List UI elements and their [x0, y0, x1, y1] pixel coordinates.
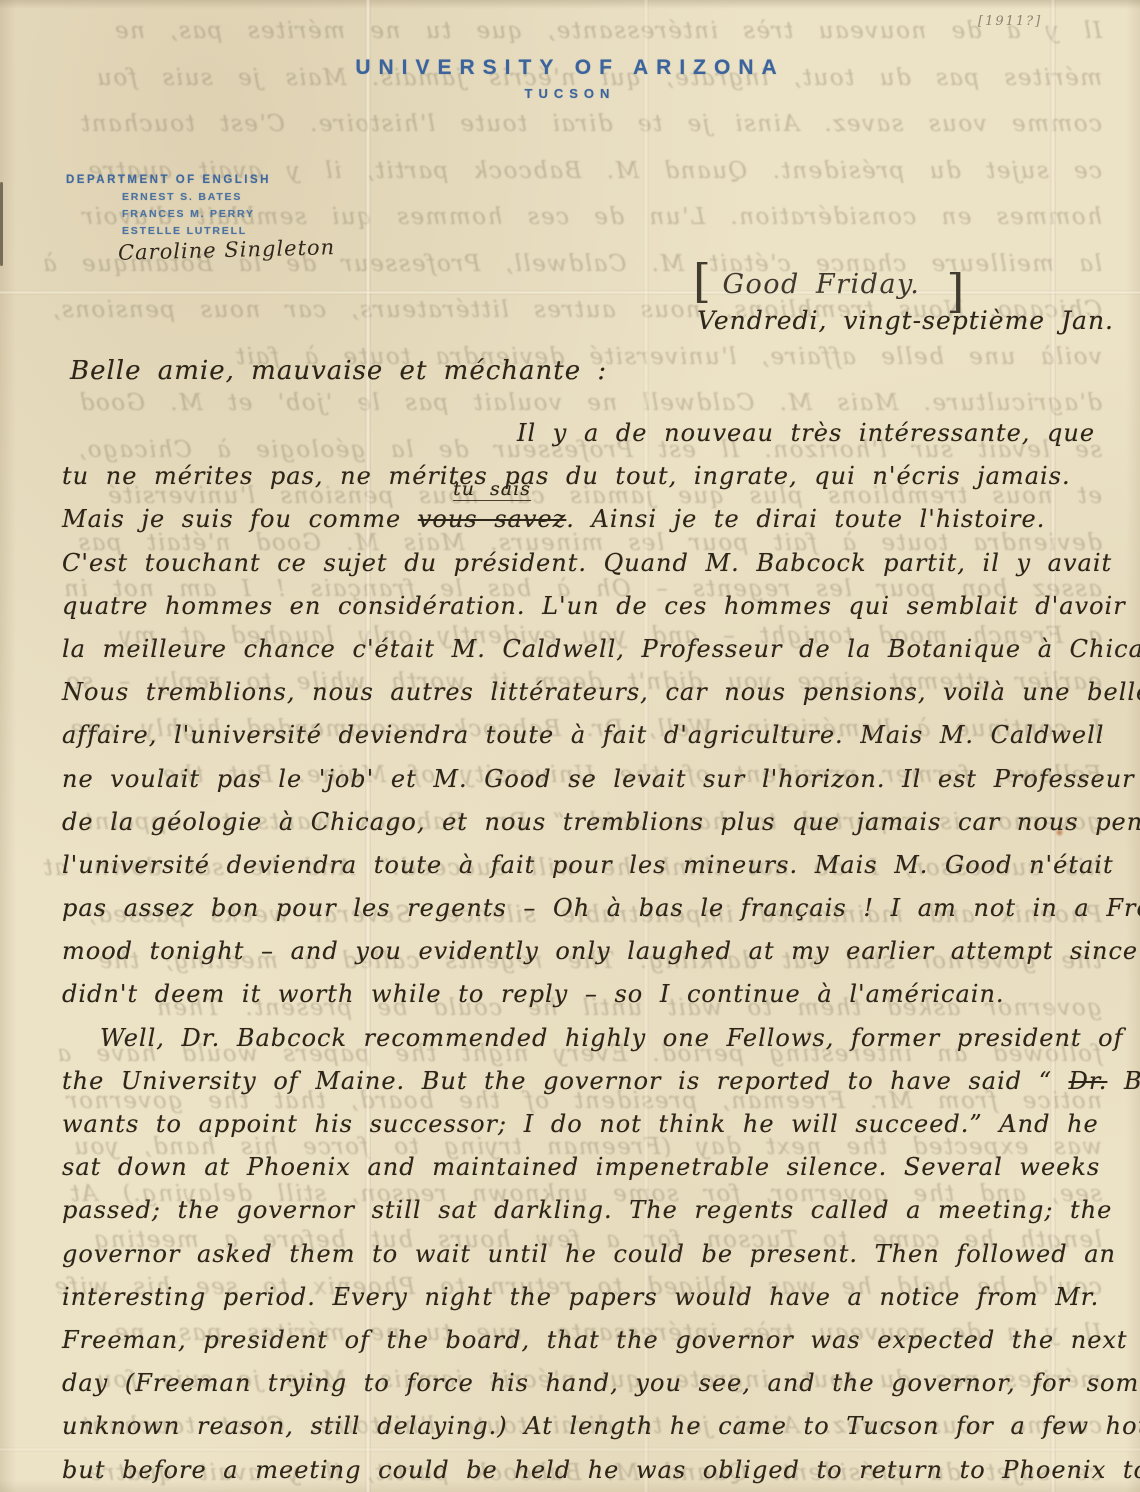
department-title: DEPARTMENT OF ENGLISH [66, 174, 335, 186]
department-staff-list: ERNEST S. BATESFRANCES M. PERRYESTELLE L… [66, 191, 335, 237]
pencil-year-annotation: [1911?] [978, 14, 1042, 29]
struck-text: vous saveztu sais [418, 505, 566, 533]
letter-line: C'est touchant ce sujet du président. Qu… [62, 542, 1140, 585]
letter-line: Mais je suis fou comme vous saveztu sais… [62, 498, 1140, 541]
letter-line: the University of Maine. But the governo… [62, 1060, 1140, 1103]
letterhead-department-block: DEPARTMENT OF ENGLISH ERNEST S. BATESFRA… [66, 174, 335, 262]
letter-line: governor asked them to wait until he cou… [62, 1233, 1140, 1276]
letter-line: interesting period. Every night the pape… [62, 1276, 1140, 1319]
letter-page: Il y a de nouveau très intéressante, que… [0, 0, 1140, 1492]
letter-line: pas assez bon pour les regents – Oh à ba… [62, 887, 1140, 930]
letter-line: la meilleure chance c'était M. Caldwell,… [62, 628, 1140, 671]
letter-line: didn't deem it worth while to reply – so… [62, 973, 1140, 1016]
letter-line: but before a meeting could be held he wa… [62, 1449, 1140, 1492]
salutation-line: Belle amie, mauvaise et méchante : [70, 356, 607, 386]
letter-line: l'université deviendra toute à fait pour… [62, 844, 1140, 887]
letter-line: day (Freeman trying to force his hand, y… [62, 1362, 1140, 1405]
staff-name: FRANCES M. PERRY [122, 208, 335, 220]
inserted-text-above: tu sais [453, 480, 531, 501]
letter-line: quatre hommes en considération. L'un de … [62, 585, 1140, 628]
letter-line: unknown reason, still delaying.) At leng… [62, 1405, 1140, 1448]
letter-line: sat down at Phoenix and maintained impen… [62, 1146, 1140, 1189]
letter-line: Well, Dr. Babcock recommended highly one… [62, 1017, 1140, 1060]
letter-line: affaire, l'université deviendra toute à … [62, 714, 1140, 757]
struck-text: Dr. [1069, 1067, 1108, 1095]
letter-body: Il y a de nouveau très intéressante, que… [62, 412, 1140, 1492]
letter-line: ne voulait pas le 'job' et M. Good se le… [62, 758, 1140, 801]
letterhead-city: TUCSON [0, 86, 1140, 101]
handwritten-date-line: Vendredi, vingt-septième Jan. [697, 306, 1114, 335]
letter-line: tu ne mérites pas, ne mérites pas du tou… [62, 455, 1140, 498]
letter-line: de la géologie à Chicago, et nous trembl… [62, 801, 1140, 844]
pencil-left-bracket: [ [693, 254, 712, 308]
staff-name: ERNEST S. BATES [122, 191, 335, 203]
good-friday-annotation: [Good Friday.] [693, 250, 966, 304]
good-friday-text: Good Friday. [722, 269, 920, 300]
letter-line: Nous tremblions, nous autres littérateur… [62, 671, 1140, 714]
letter-line: Il y a de nouveau très intéressante, que [62, 412, 1140, 455]
handwritten-staff-name: Caroline Singleton [118, 235, 336, 265]
letterhead-university-title: UNIVERSITY OF ARIZONA [0, 56, 1140, 80]
letter-line: mood tonight – and you evidently only la… [62, 930, 1140, 973]
letter-line: passed; the governor still sat darkling.… [62, 1189, 1140, 1232]
letter-line: Freeman, president of the board, that th… [62, 1319, 1140, 1362]
letter-line: wants to appoint his successor; I do not… [62, 1103, 1140, 1146]
